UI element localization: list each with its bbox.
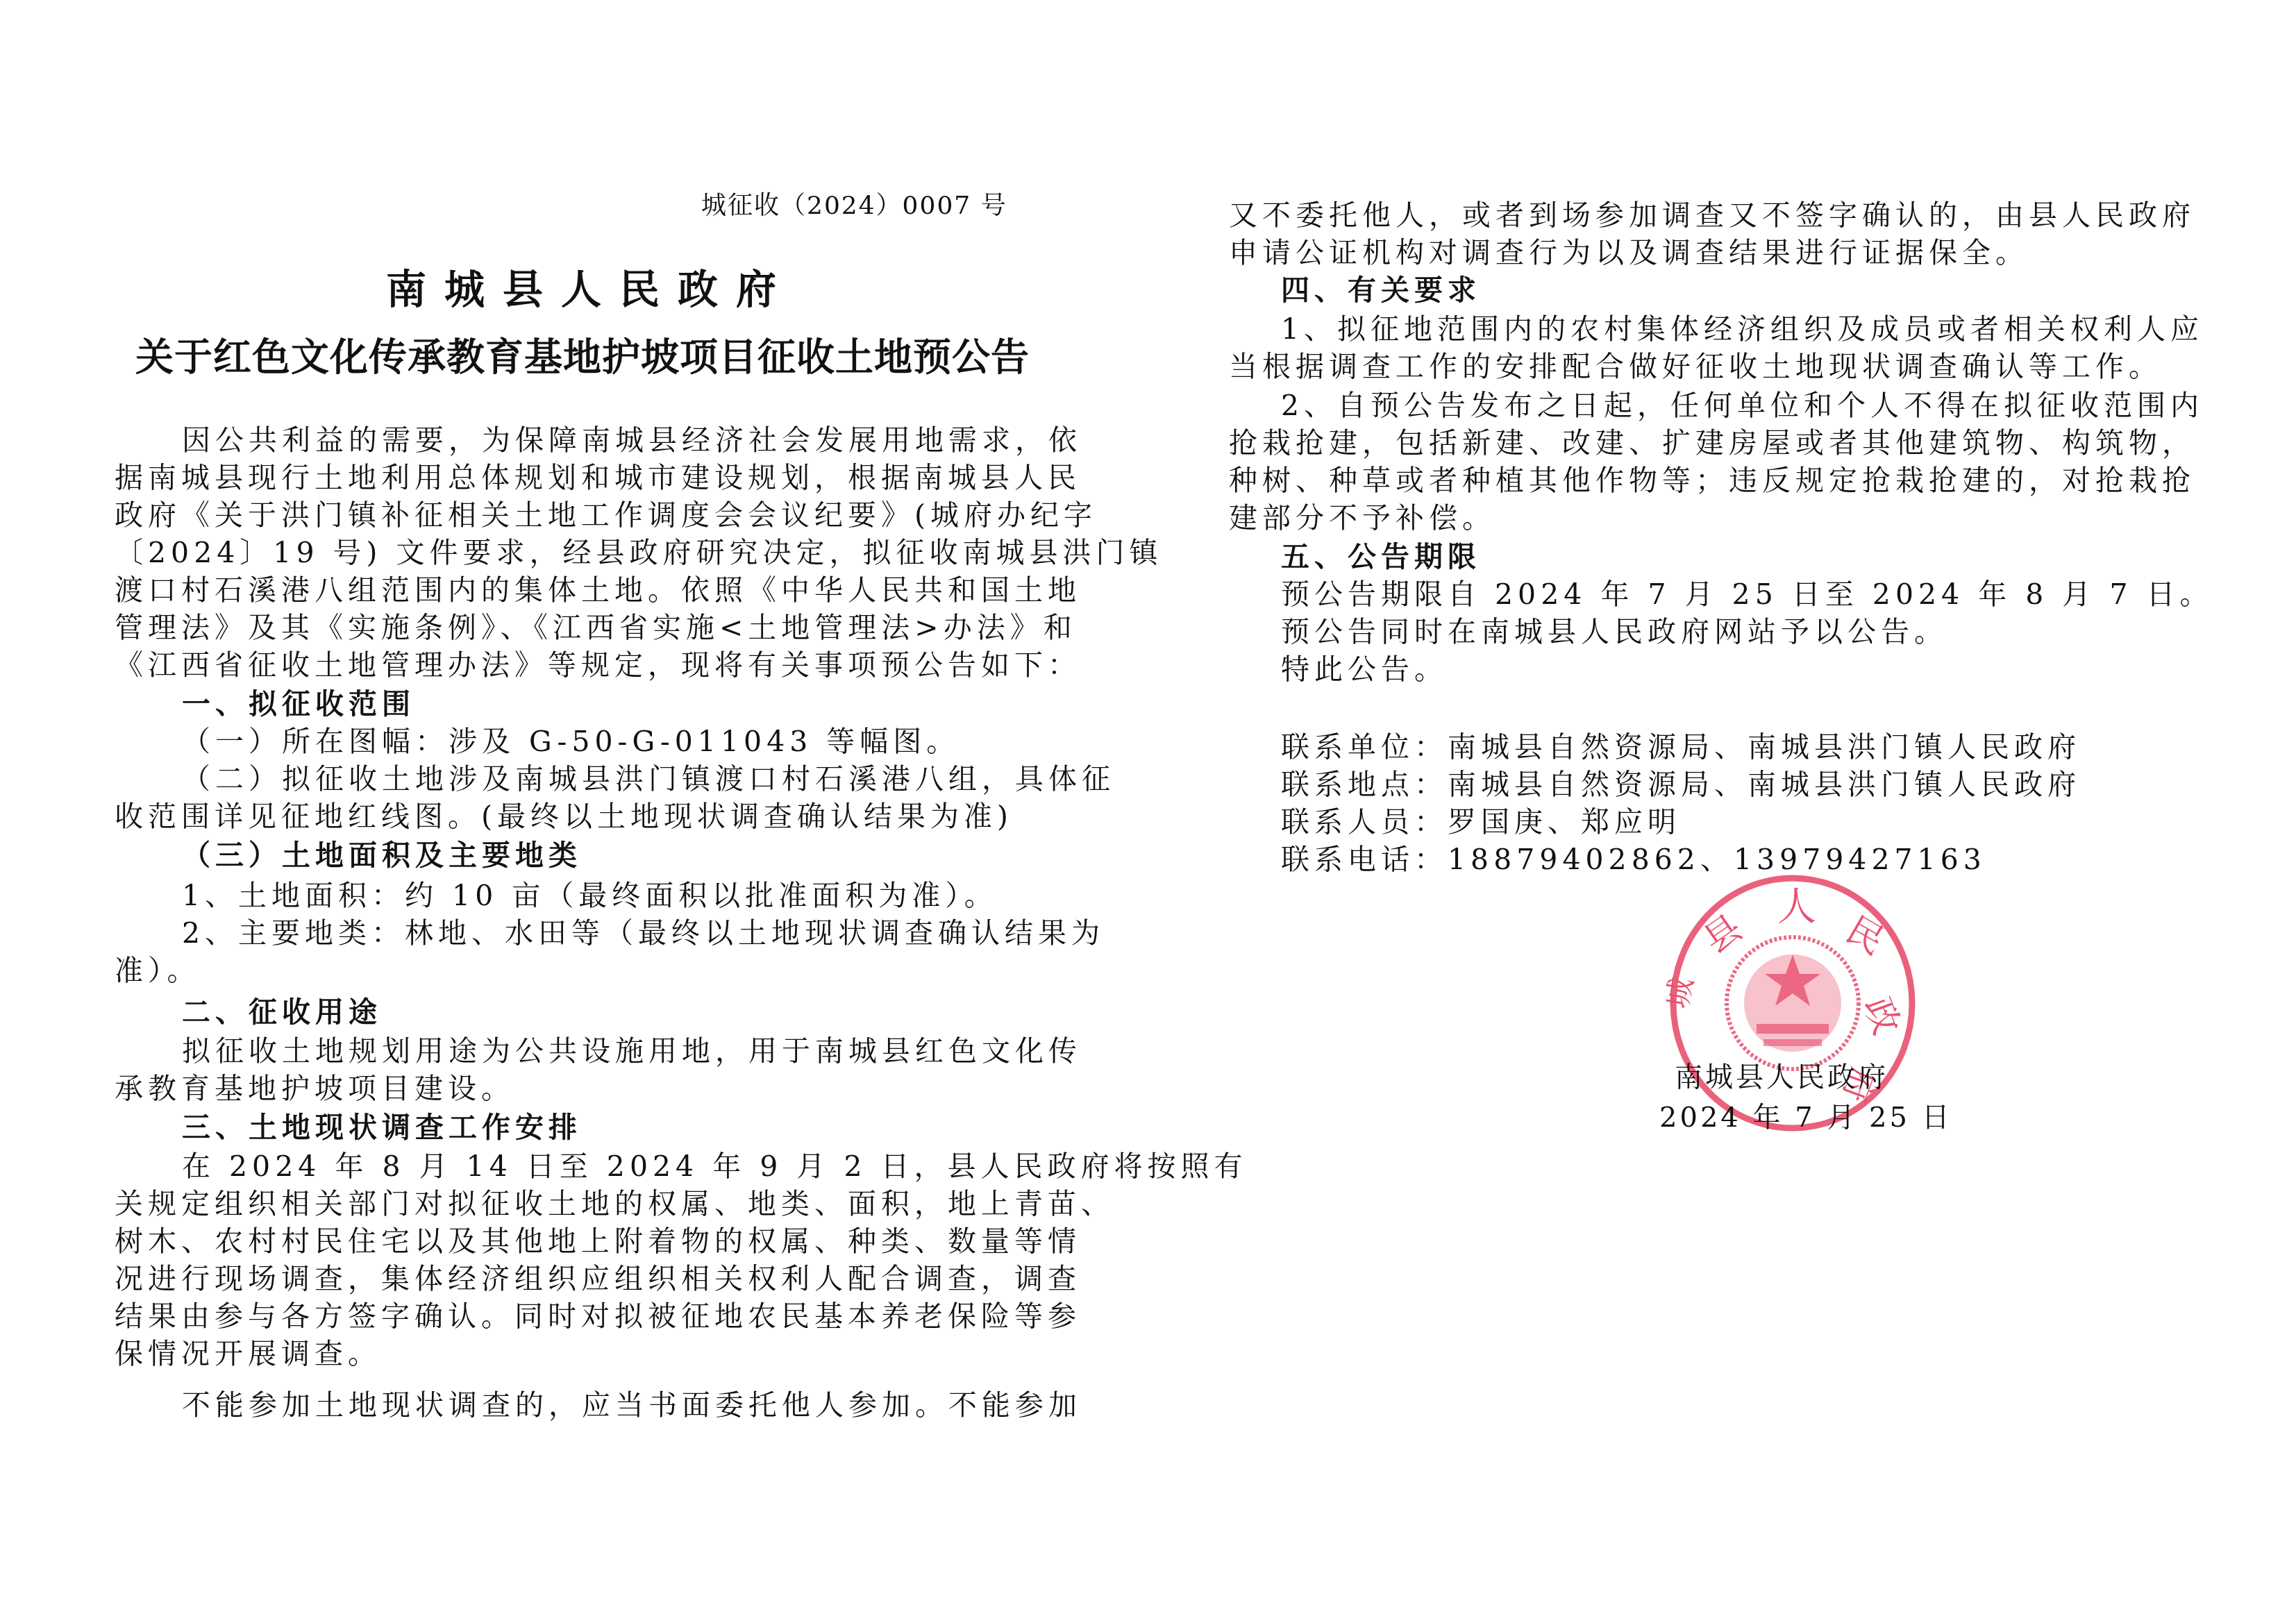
paragraph-line: 申请公证机构对调查行为以及调查结果进行证据保全。 [1229,233,2029,272]
paragraph-line: 不能参加土地现状调查的，应当书面委托他人参加。不能参加 [182,1386,1082,1424]
contact-place-label: 联系地点： [1281,768,1448,801]
contact-place: 联系地点：南城县自然资源局、南城县洪门镇人民政府 [1281,765,2081,804]
paragraph-line: 又不委托他人，或者到场参加调查又不签字确认的，由县人民政府 [1229,196,2195,235]
section-heading-5: 五、公告期限 [1281,537,1481,576]
paragraph-line: 《江西省征收土地管理办法》等规定，现将有关事项预公告如下： [115,646,1081,684]
signature-date: 2024 年 7 月 25 日 [1659,1095,1952,1135]
paragraph-line: 收范围详见征地红线图。(最终以土地现状调查确认结果为准) [115,797,1013,836]
paragraph-line: 〔2024〕19 号) 文件要求，经县政府研究决定，拟征收南城县洪门镇 [115,533,1163,572]
paragraph-line: （二）拟征收土地涉及南城县洪门镇渡口村石溪港八组，具体征 [182,759,1115,798]
contact-unit: 联系单位：南城县自然资源局、南城县洪门镇人民政府 [1281,728,2081,766]
paragraph-line: 特此公告。 [1281,650,1448,689]
paragraph-line: 2、自预公告发布之日起，任何单位和个人不得在拟征收范围内 [1281,386,2204,425]
contact-person: 联系人员：罗国庚、郑应明 [1281,802,1681,841]
paragraph-line: 1、土地面积：约 10 亩（最终面积以批准面积为准）。 [182,876,998,915]
paragraph-line: （一）所在图幅：涉及 G-50-G-011043 等幅图。 [182,722,960,761]
paragraph-line: 建部分不予补偿。 [1229,498,1495,537]
paragraph-line: 渡口村石溪港八组范围内的集体土地。依照《中华人民共和国土地 [115,571,1081,609]
paragraph-line: 1、拟征地范围内的农村集体经济组织及成员或者相关权利人应 [1281,310,2204,348]
document-page: 城征收（2024）0007 号 南城县人民政府 关于红色文化传承教育基地护坡项目… [0,0,2296,1623]
paragraph-line: 因公共利益的需要，为保障南城县经济社会发展用地需求，依 [182,421,1082,460]
paragraph-line: 政府《关于洪门镇补征相关土地工作调度会会议纪要》(城府办纪字 [115,496,1097,535]
paragraph-line: 种树、种草或者种植其他作物等；违反规定抢栽抢建的，对抢栽抢 [1229,461,2195,500]
paragraph-line: 保情况开展调查。 [115,1334,381,1373]
svg-text:城: 城 [1666,975,1700,1011]
svg-text:人: 人 [1777,884,1816,930]
section-heading-1: 一、拟征收范围 [182,684,415,723]
svg-text:政: 政 [1856,992,1907,1040]
contact-phone-label: 联系电话： [1281,843,1448,876]
section-heading-2: 二、征收用途 [182,993,382,1032]
paragraph-line: 当根据调查工作的安排配合做好征收土地现状调查确认等工作。 [1229,347,2162,386]
paragraph-line: 抢栽抢建，包括新建、改建、扩建房屋或者其他建筑物、构筑物， [1229,423,2195,462]
paragraph-line: 承教育基地护坡项目建设。 [115,1069,514,1108]
paragraph-line: 在 2024 年 8 月 14 日至 2024 年 9 月 2 日，县人民政府将… [182,1147,1248,1186]
paragraph-line: 管理法》及其《实施条例》、《江西省实施<土地管理法>办法》和 [115,608,1077,647]
subsection-heading-3: （三）土地面积及主要地类 [182,836,582,875]
contact-unit-label: 联系单位： [1281,730,1448,764]
signature-org: 南城县人民政府 [1675,1055,1888,1095]
paragraph-line: 预公告同时在南城县人民政府网站予以公告。 [1281,612,1947,651]
section-heading-3: 三、土地现状调查工作安排 [182,1108,582,1147]
paragraph-line: 结果由参与各方签字确认。同时对拟被征地农民基本养老保险等参 [115,1297,1081,1336]
paragraph-line: 预公告期限自 2024 年 7 月 25 日至 2024 年 8 月 7 日。 [1281,575,2213,614]
contact-unit-value: 南城县自然资源局、南城县洪门镇人民政府 [1448,730,2081,764]
paragraph-line: 树木、农村村民住宅以及其他地上附着物的权属、种类、数量等情 [115,1222,1081,1261]
paragraph-line: 关规定组织相关部门对拟征收土地的权属、地类、面积，地上青苗、 [115,1184,1114,1223]
issuer-title: 南城县人民政府 [0,257,1180,315]
paragraph-line: 拟征收土地规划用途为公共设施用地，用于南城县红色文化传 [182,1032,1082,1070]
contact-person-value: 罗国庚、郑应明 [1448,805,1681,839]
paragraph-line: 据南城县现行土地利用总体规划和城市建设规划，根据南城县人民 [115,458,1081,497]
paragraph-line: 2、主要地类：林地、水田等（最终以土地现状调查确认结果为 [182,914,1105,952]
contact-person-label: 联系人员： [1281,805,1448,839]
section-heading-4: 四、有关要求 [1281,271,1481,310]
contact-place-value: 南城县自然资源局、南城县洪门镇人民政府 [1448,768,2081,801]
paragraph-line: 况进行现场调查，集体经济组织应组织相关权利人配合调查，调查 [115,1259,1081,1298]
paragraph-line: 准）。 [115,951,201,990]
notice-title: 关于红色文化传承教育基地护坡项目征收土地预公告 [135,326,1030,381]
document-number: 城征收（2024）0007 号 [701,186,1007,221]
